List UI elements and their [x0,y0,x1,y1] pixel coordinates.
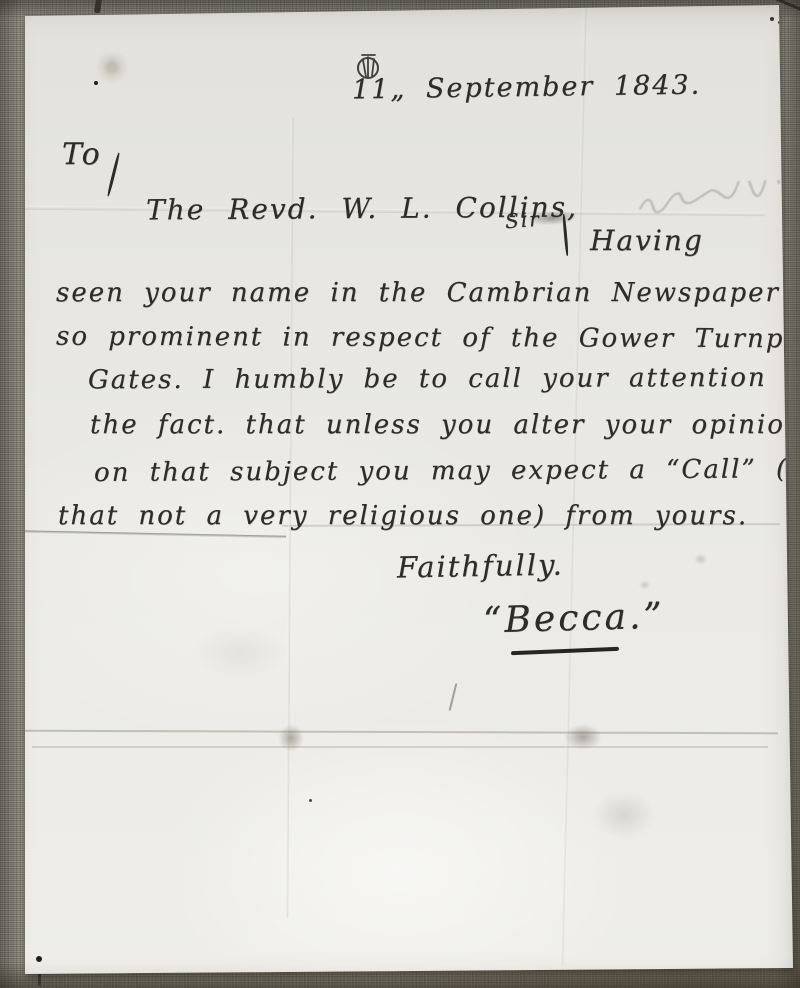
fold-crease-horizontal-top [22,206,766,216]
addressee-suffix: Sir [504,208,541,233]
body-line-1: seen your name in the Cambrian Newspaper [56,279,780,309]
letter-paper-wrap: 11„ September 1843. To The Revd. W. L. C… [0,0,800,988]
speck-top-right [778,21,781,24]
crease-crumple-left [278,724,304,752]
addressee-line: The Revd. W. L. Collins, [146,191,578,226]
pin-hole-bottom-left [36,956,42,962]
pen-stroke-after-sir [562,214,569,256]
fold-crease-horizontal-middle-left [18,530,286,539]
speck-left-edge [20,525,23,528]
body-line-2: so prominent in respect of the Gower Tur… [56,323,800,356]
ink-smudge [527,210,578,227]
fold-crease-vertical-left [285,118,294,918]
ink-scribble-mark-icon [351,51,385,85]
signature-underline [511,647,619,656]
closing-word: Faithfully. [397,549,564,585]
body-line-4: the fact. that unless you alter your opi… [90,411,800,441]
pin-hole-top-left [94,81,98,85]
fold-crease-horizontal-lower-2 [32,746,768,748]
pen-stroke-after-to [107,152,121,196]
body-line-6: that not a very religious one) from your… [58,502,748,532]
pin-hole-top-right [770,17,774,21]
salutation: To [62,138,102,173]
body-line-5: on that subject you may expect a “Call” … [94,455,800,489]
fold-crease-horizontal-lower [22,730,778,735]
letter-paper: 11„ September 1843. To The Revd. W. L. C… [0,0,800,988]
opening-word: Having [590,225,704,257]
ink-show-through [634,179,791,218]
fold-crease-horizontal-middle-right [282,523,780,527]
signature: “Becca.” [482,596,665,642]
speck-bottom-center [309,799,312,802]
small-crease-mark [449,683,458,711]
fold-crease-vertical-right [560,4,587,966]
photograph-of-letter: 11„ September 1843. To The Revd. W. L. C… [0,0,800,988]
crease-crumple-right [564,724,602,750]
date-line: 11„ September 1843. [352,70,702,106]
body-line-3: Gates. I humbly be to call your attentio… [88,364,800,396]
